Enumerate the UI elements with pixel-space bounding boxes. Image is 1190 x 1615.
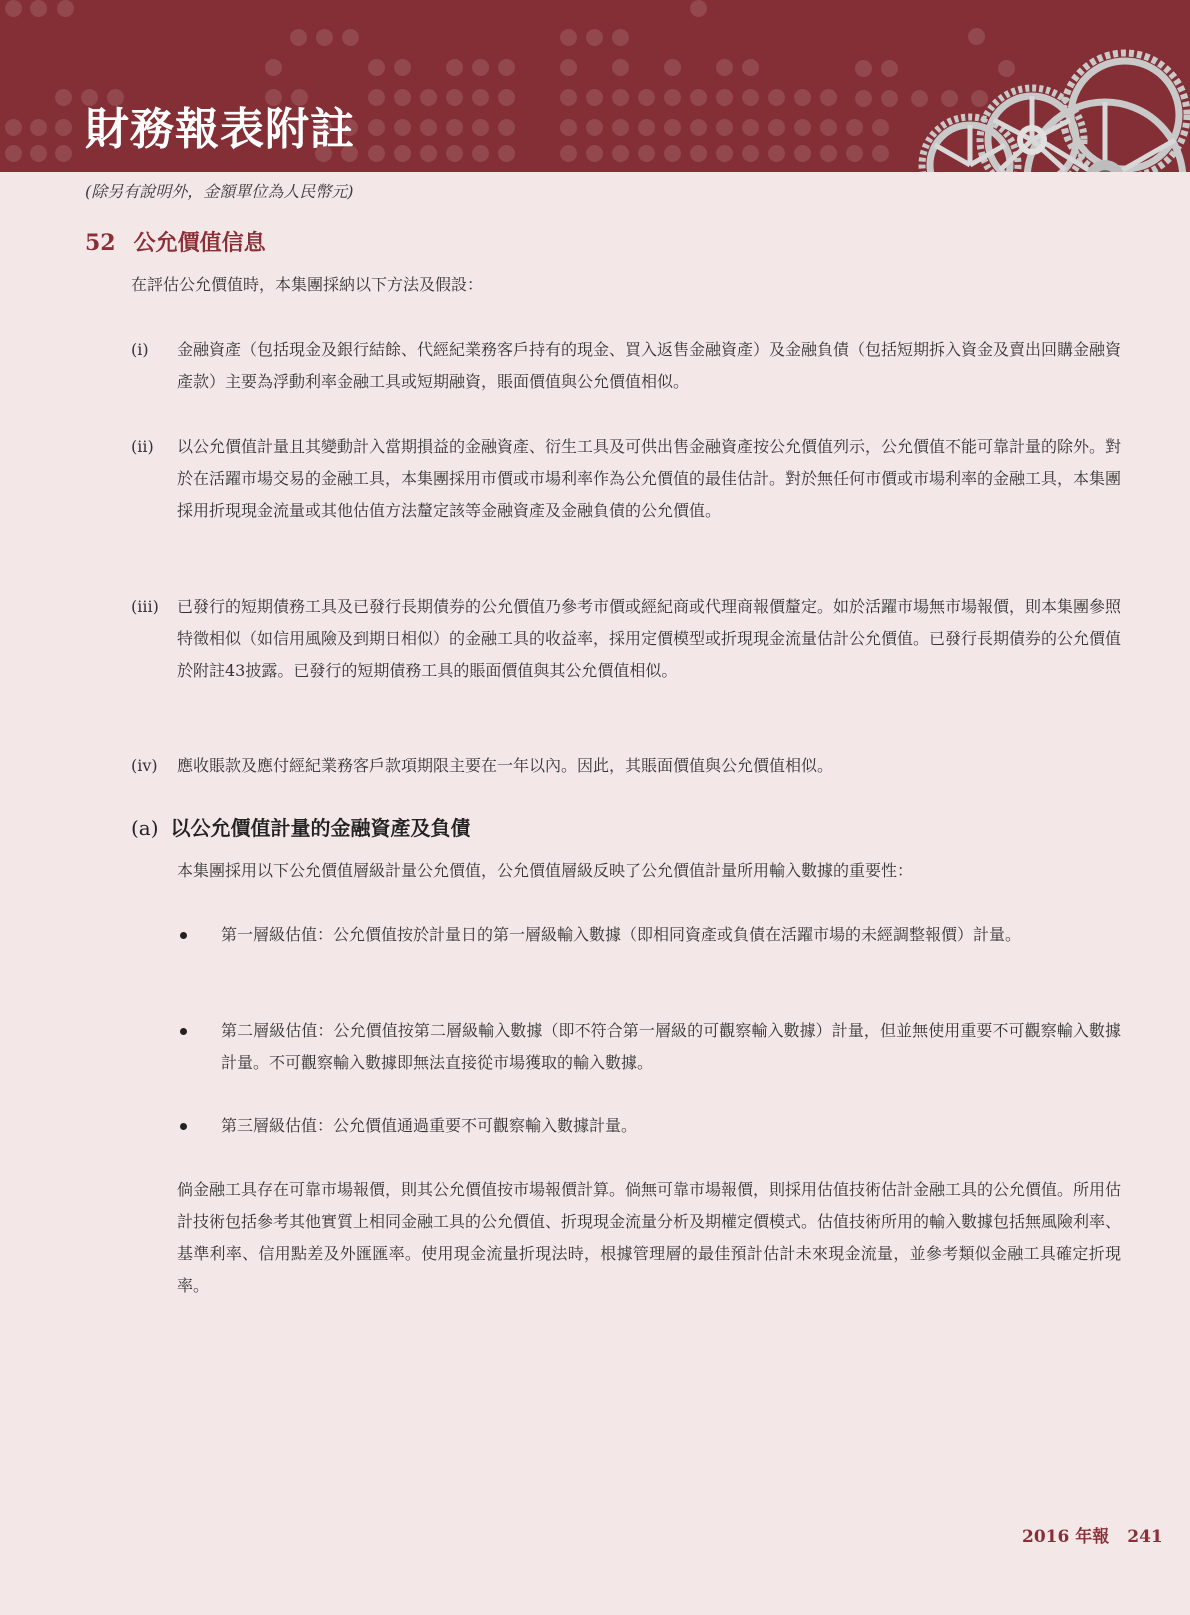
subsection-intro: 本集團採用以下公允價值層級計量公允價值，公允價值層級反映了公允價值計量所用輸入數… — [177, 855, 913, 887]
bullet-item: 第三層級估值：公允價值通過重要不可觀察輸入數據計量。 — [177, 1110, 1121, 1142]
item-label: (iii) — [131, 591, 176, 623]
bullet-text: 第三層級估值：公允價值通過重要不可觀察輸入數據計量。 — [221, 1110, 1121, 1142]
page-footer: 2016 年報241 — [1022, 1522, 1163, 1547]
page-title: 財務報表附註 — [85, 108, 355, 152]
item-label: (i) — [131, 334, 176, 366]
gears-icon — [910, 40, 1190, 172]
report-label: 2016 年報 — [1022, 1527, 1109, 1547]
bullet-text: 第二層級估值：公允價值按第二層級輸入數據（即不符合第一層級的可觀察輸入數據）計量… — [221, 1015, 1121, 1079]
subsection-title: 以公允價值計量的金融資產及負債 — [171, 816, 471, 840]
bullet-item: 第二層級估值：公允價值按第二層級輸入數據（即不符合第一層級的可觀察輸入數據）計量… — [177, 1015, 1121, 1079]
item-text: 應收賬款及應付經紀業務客戶款項期限主要在一年以內。因此，其賬面價值與公允價值相似… — [177, 750, 1121, 782]
section-title: 公允價值信息 — [134, 230, 266, 256]
page-number: 241 — [1127, 1527, 1163, 1547]
subsection-heading: (a)以公允價值計量的金融資產及負債 — [131, 812, 471, 841]
section-number: 52 — [85, 230, 116, 256]
bullet-icon — [180, 1123, 187, 1130]
header-banner: 財務報表附註 — [0, 0, 1190, 172]
item-label: (ii) — [131, 431, 176, 463]
section-heading: 52公允價值信息 — [85, 226, 266, 257]
list-item: (ii) 以公允價值計量且其變動計入當期損益的金融資產、衍生工具及可供出售金融資… — [131, 431, 1121, 527]
item-text: 金融資產（包括現金及銀行結餘、代經紀業務客戶持有的現金、買入返售金融資產）及金融… — [177, 334, 1121, 398]
section-intro: 在評估公允價值時，本集團採納以下方法及假設： — [131, 269, 483, 301]
bullet-item: 第一層級估值：公允價值按於計量日的第一層級輸入數據（即相同資產或負債在活躍市場的… — [177, 919, 1121, 951]
bullet-icon — [180, 1028, 187, 1035]
subsection-label: (a) — [131, 816, 159, 840]
item-text: 以公允價值計量且其變動計入當期損益的金融資產、衍生工具及可供出售金融資產按公允價… — [177, 431, 1121, 527]
list-item: (iii) 已發行的短期債務工具及已發行長期債券的公允價值乃參考市價或經紀商或代… — [131, 591, 1121, 687]
item-text: 已發行的短期債務工具及已發行長期債券的公允價值乃參考市價或經紀商或代理商報價釐定… — [177, 591, 1121, 687]
closing-paragraph: 倘金融工具存在可靠市場報價，則其公允價值按市場報價計算。倘無可靠市場報價，則採用… — [177, 1174, 1121, 1302]
bullet-text: 第一層級估值：公允價值按於計量日的第一層級輸入數據（即相同資產或負債在活躍市場的… — [221, 919, 1121, 951]
item-label: (iv) — [131, 750, 176, 782]
list-item: (i) 金融資產（包括現金及銀行結餘、代經紀業務客戶持有的現金、買入返售金融資產… — [131, 334, 1121, 398]
bullet-icon — [180, 932, 187, 939]
list-item: (iv) 應收賬款及應付經紀業務客戶款項期限主要在一年以內。因此，其賬面價值與公… — [131, 750, 1121, 782]
currency-note: (除另有說明外，金額單位為人民幣元) — [85, 179, 354, 202]
